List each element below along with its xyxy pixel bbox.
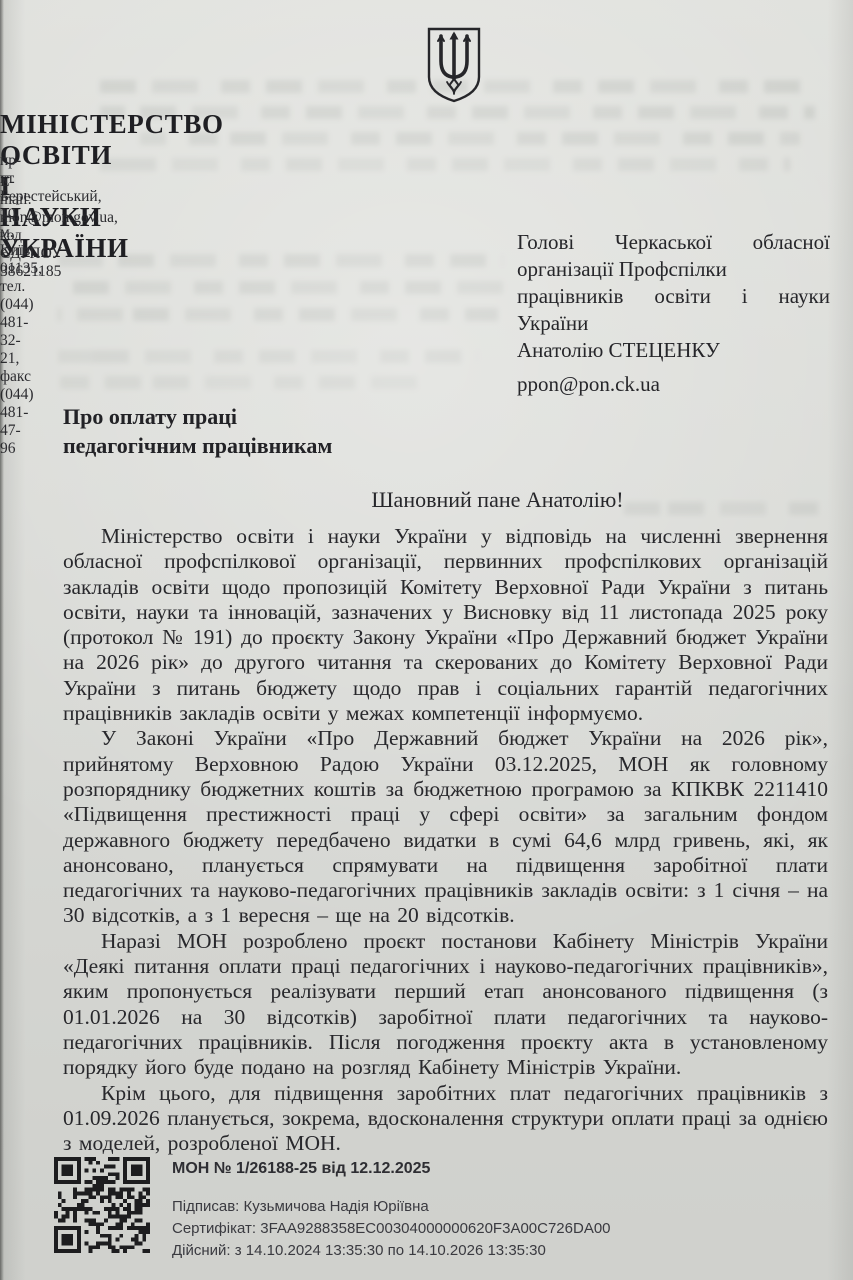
signature-details: Підписав: Кузьмичова Надія Юріївна Серти… [172, 1196, 611, 1262]
letter-body: Міністерство освіти і науки України у ві… [63, 524, 828, 1156]
qr-code [54, 1157, 150, 1253]
paragraph: Наразі МОН розроблено проєкт постанови К… [63, 929, 828, 1081]
bleedthrough-text [140, 132, 800, 145]
paragraph: Міністерство освіти і науки України у ві… [63, 524, 828, 726]
bleedthrough-text [100, 158, 790, 171]
recipient-name: Анатолію СТЕЦЕНКУ [517, 337, 830, 364]
recipient-line: Голові Черкаської обласної [517, 229, 830, 256]
bleedthrough-text [58, 376, 438, 389]
bleedthrough-text [58, 281, 503, 294]
scanned-letter-page: МІНІСТЕРСТВО ОСВІТИ І НАУКИ УКРАЇНИ пр-к… [0, 0, 853, 1280]
document-reference: МОН № 1/26188-25 від 12.12.2025 [172, 1160, 430, 1178]
certificate-id: Сертифікат: 3FAA9288358EC00304000000620F… [172, 1218, 611, 1240]
recipient-line: України [517, 310, 830, 337]
subject-block: Про оплату праці педагогічним працівника… [63, 402, 332, 460]
paragraph: У Законі України «Про Державний бюджет У… [63, 726, 828, 928]
paper-edge-shadow [0, 0, 4, 1280]
salutation: Шановний пане Анатолію! [63, 487, 828, 513]
recipient-email: ppon@pon.ck.ua [517, 371, 830, 398]
signer-name: Підписав: Кузьмичова Надія Юріївна [172, 1196, 611, 1218]
bleedthrough-text [58, 308, 498, 321]
subject-line: Про оплату праці [63, 402, 332, 431]
recipient-line: організації Профспілки [517, 256, 830, 283]
paragraph: Крім цього, для підвищення заробітних пл… [63, 1081, 828, 1157]
recipient-line: працівників освіти і науки [517, 283, 830, 310]
certificate-validity: Дійсний: з 14.10.2024 13:35:30 по 14.10.… [172, 1240, 611, 1262]
ukraine-trident-emblem [427, 27, 481, 103]
bleedthrough-text [58, 350, 478, 363]
subject-line: педагогічним працівникам [63, 431, 332, 460]
recipient-block: Голові Черкаської обласної організації П… [517, 229, 830, 398]
